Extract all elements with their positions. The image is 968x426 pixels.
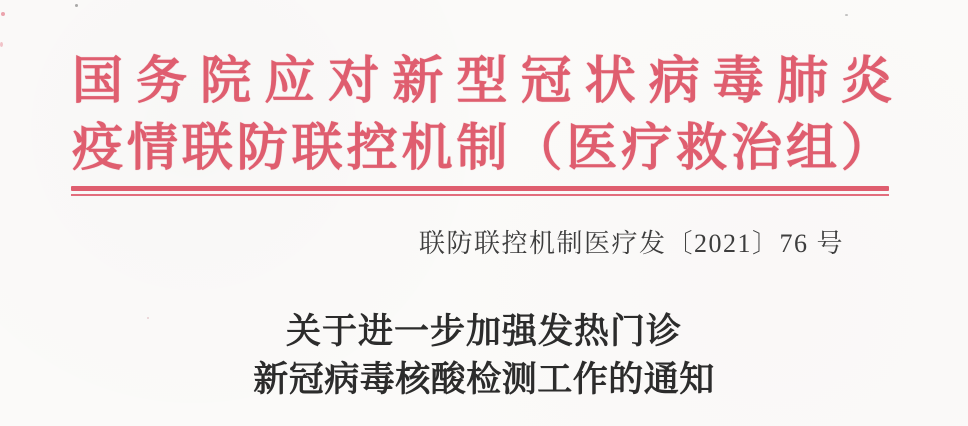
document-title-line-2: 新冠病毒核酸检测工作的通知 <box>0 360 968 400</box>
letterhead-char: 病 <box>649 54 700 110</box>
letterhead-char: 联 <box>292 121 343 177</box>
letterhead-char: 医 <box>566 121 617 177</box>
letterhead: 国务院应对新型冠状病毒肺炎 疫情联防联控机制（医疗救治组） <box>72 54 892 177</box>
letterhead-char: 组 <box>786 121 837 177</box>
letterhead-char: 控 <box>347 121 398 177</box>
letterhead-char: 情 <box>127 121 178 177</box>
letterhead-char: 制 <box>456 121 507 177</box>
scan-speck <box>0 42 3 47</box>
letterhead-char: 应 <box>264 54 315 110</box>
letterhead-char: 务 <box>136 54 187 110</box>
letterhead-char: （ <box>511 121 562 177</box>
red-divider-thin-rule <box>71 194 889 196</box>
letterhead-char: 疗 <box>621 121 672 177</box>
letterhead-char: 冠 <box>521 54 572 110</box>
letterhead-char: 治 <box>731 121 782 177</box>
letterhead-char: 机 <box>402 121 453 177</box>
document-title: 关于进一步加强发热门诊 新冠病毒核酸检测工作的通知 <box>0 312 968 400</box>
letterhead-line-1: 国务院应对新型冠状病毒肺炎 <box>72 54 892 110</box>
letterhead-char: 院 <box>200 54 251 110</box>
scan-speck <box>1 12 5 16</box>
document-title-line-1: 关于进一步加强发热门诊 <box>0 312 968 352</box>
letterhead-char: 国 <box>72 54 123 110</box>
letterhead-char: 炎 <box>841 54 892 110</box>
red-divider <box>71 186 889 196</box>
scan-speck <box>845 14 848 16</box>
letterhead-char: 状 <box>585 54 636 110</box>
letterhead-line-2: 疫情联防联控机制（医疗救治组） <box>72 121 892 177</box>
letterhead-char: ） <box>841 121 892 177</box>
letterhead-char: 疫 <box>72 121 123 177</box>
letterhead-char: 联 <box>182 121 233 177</box>
letterhead-char: 防 <box>237 121 288 177</box>
red-divider-thick-rule <box>71 186 889 191</box>
document-number: 联防联控机制医疗发〔2021〕76 号 <box>419 229 844 259</box>
letterhead-char: 毒 <box>713 54 764 110</box>
letterhead-char: 救 <box>676 121 727 177</box>
letterhead-char: 新 <box>392 54 443 110</box>
scan-speck <box>75 4 78 7</box>
letterhead-char: 型 <box>456 54 507 110</box>
letterhead-char: 对 <box>328 54 379 110</box>
letterhead-char: 肺 <box>777 54 828 110</box>
document-page: 国务院应对新型冠状病毒肺炎 疫情联防联控机制（医疗救治组） 联防联控机制医疗发〔… <box>0 0 968 426</box>
